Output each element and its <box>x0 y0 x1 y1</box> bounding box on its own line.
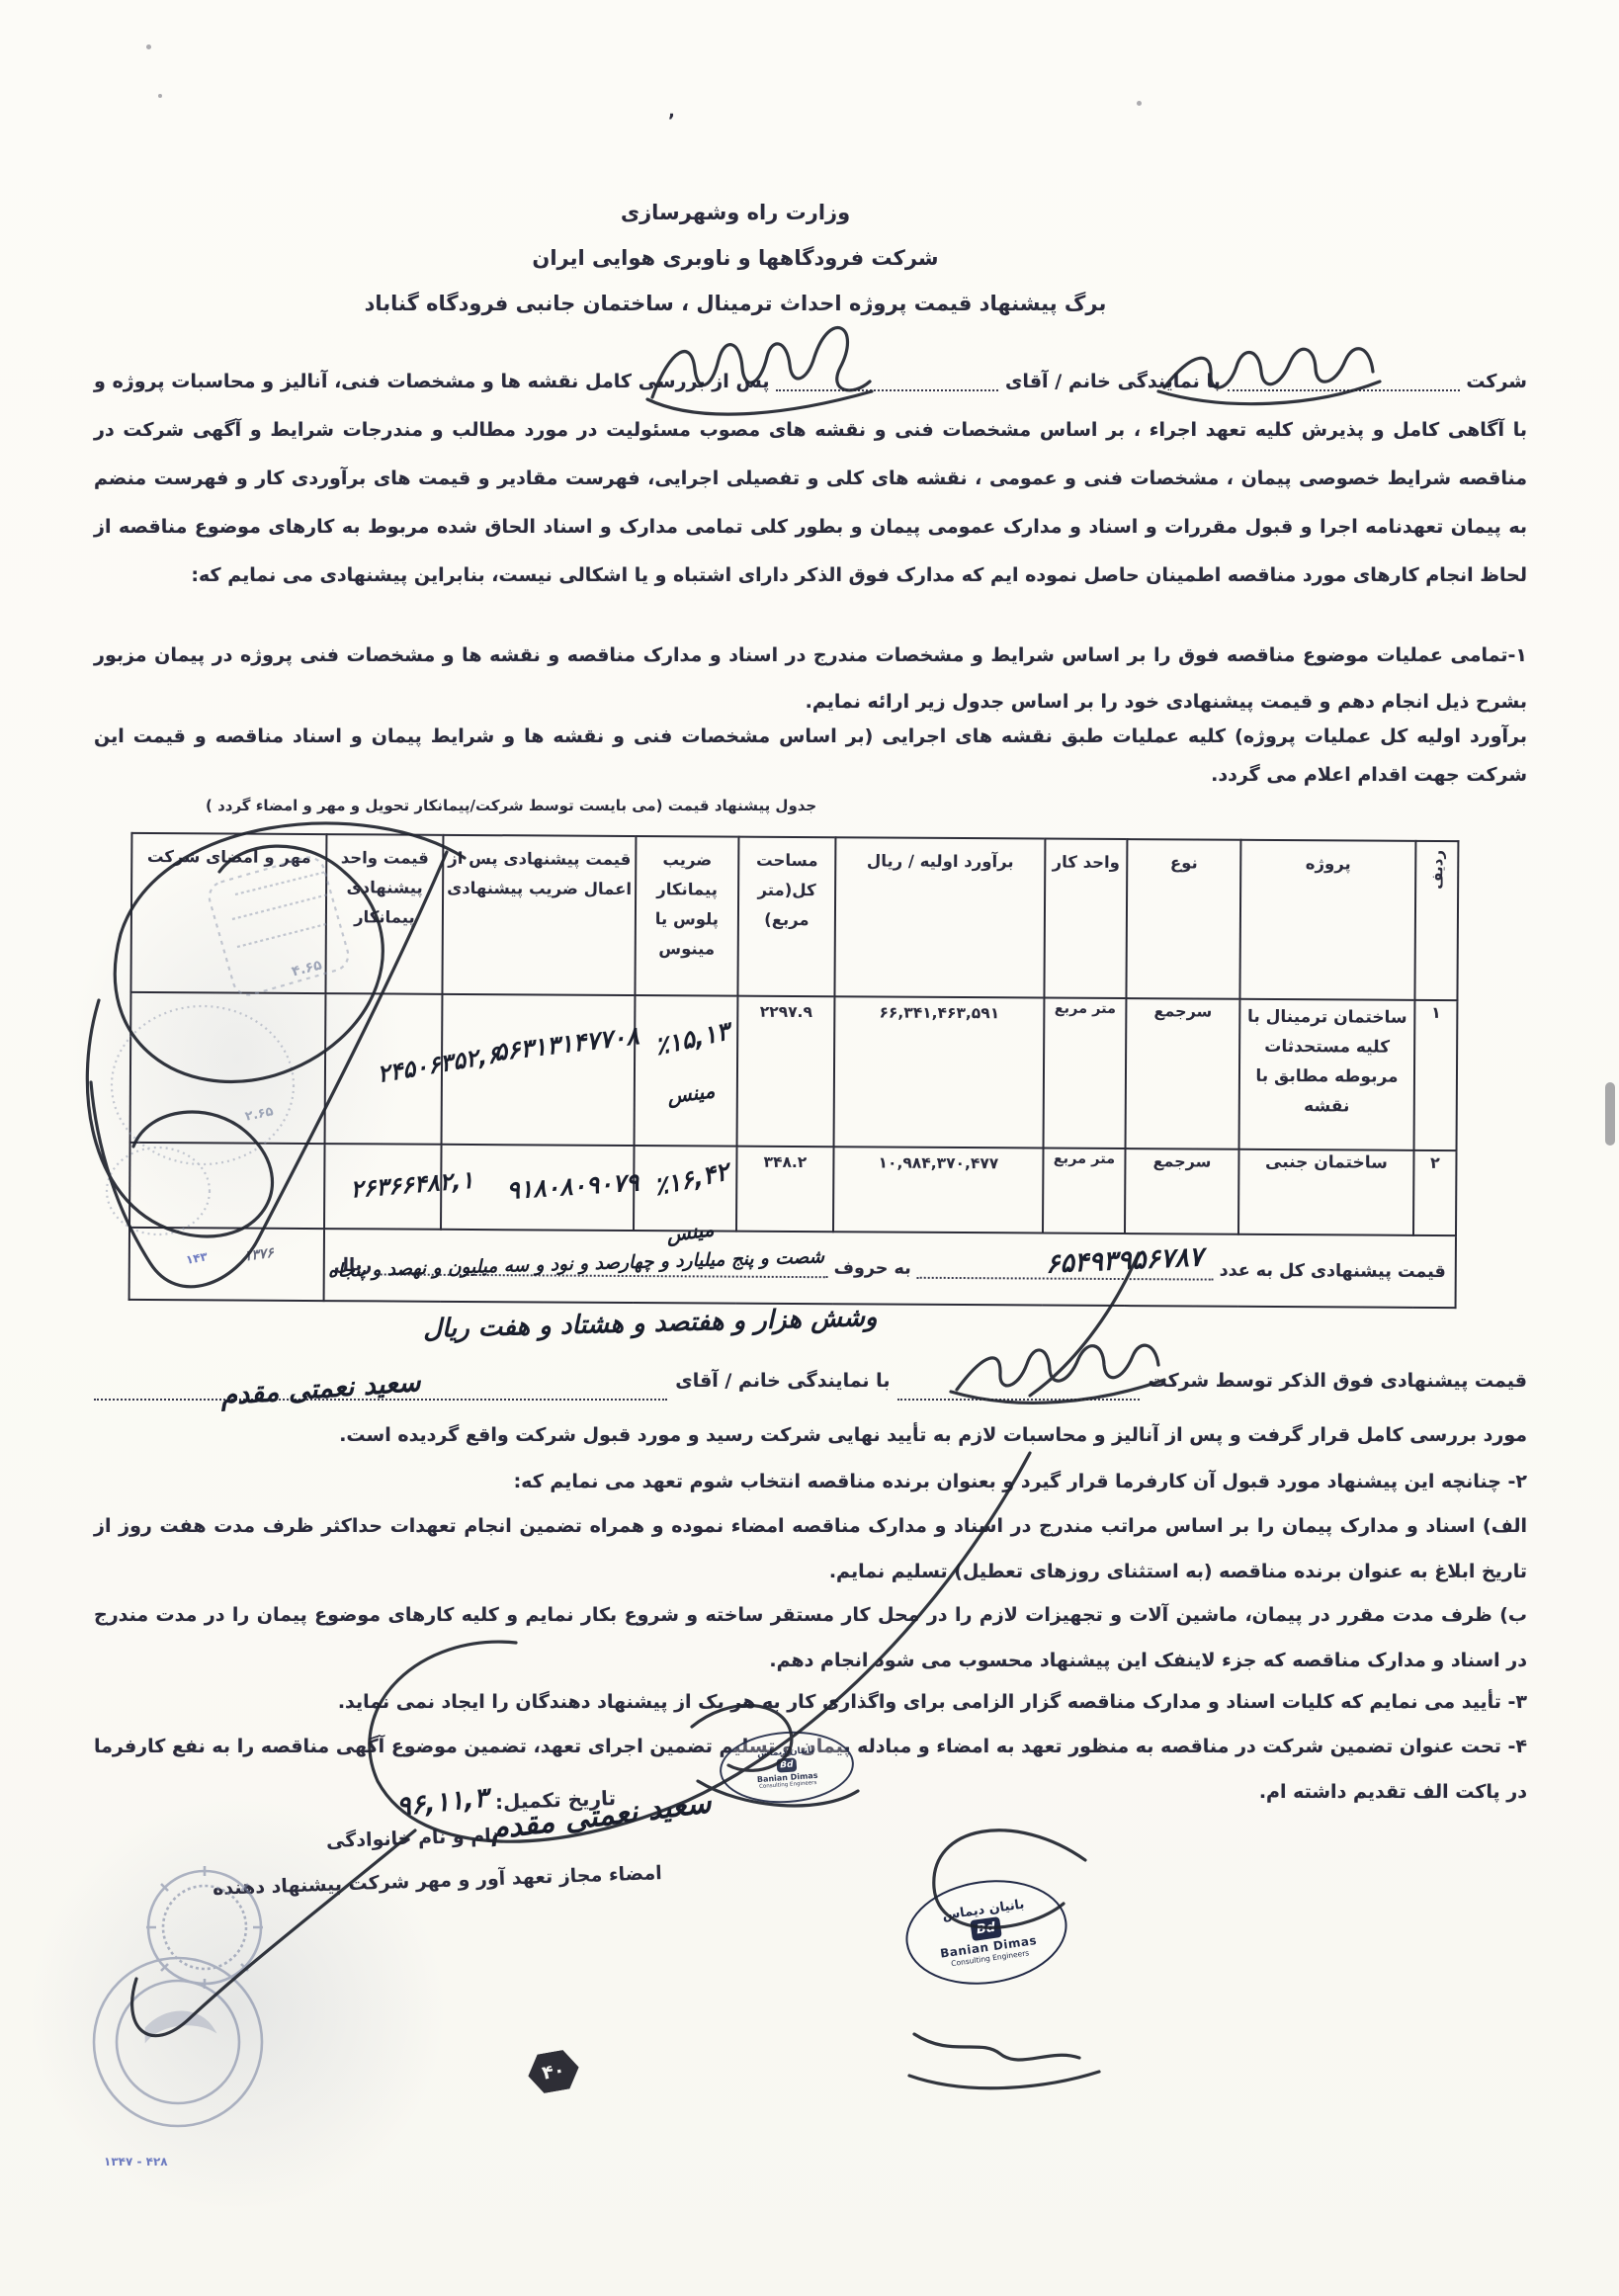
scan-comma-artifact: ٬ <box>668 111 675 131</box>
type-cell: سرجمع <box>1125 1148 1239 1233</box>
seal-signature-cell <box>129 1143 325 1229</box>
estimate-cell: ۶۶,۳۴۱,۴۶۳,۵۹۱ <box>834 996 1045 1148</box>
confirmation-company-blank <box>897 1377 1140 1401</box>
table-header-row: ردیف پروژه نوع واحد کار برآورد اولیه / ر… <box>130 833 1458 1000</box>
scan-speck <box>146 44 151 49</box>
commitment-item-b: ب) ظرف مدت مقرر در پیمان، ماشین آلات و ت… <box>94 1592 1527 1683</box>
confirmation-company-label: قیمت پیشنهادی فوق الذکر توسط شرکت <box>1148 1361 1527 1401</box>
confirmation-rep-label: با نمایندگی خانم / آقای <box>675 1361 890 1401</box>
project-cell: ساختمان ترمینال با کلیه مستحدثات مربوطه … <box>1239 998 1415 1150</box>
handwritten-minus-word: مینس <box>665 1078 716 1108</box>
handwritten-year-note: ۱۳۷۶ <box>243 1244 275 1264</box>
handwritten-coefficient: ٪۱۵,۱۳ <box>652 1016 732 1061</box>
handwritten-completion-date: ۹۶,۱۱,۳ <box>395 1782 490 1823</box>
commitment-item-a: الف) اسناد و مدارک پیمان را بر اساس مرات… <box>94 1503 1527 1594</box>
intro-paragraph: شرکت با نمایندگی خانم / آقای پس از بررسی… <box>94 358 1527 600</box>
scan-speck <box>158 94 162 98</box>
coefficient-cell: ٪۱۶,۴۲ مینس <box>634 1146 737 1231</box>
scan-edge-artifact <box>1605 1082 1615 1146</box>
handwritten-price-after-coefficient: ۵۶۳۱۳۱۴۷۷۰۸ <box>492 1021 640 1066</box>
full-name-line: نام و نام خانوادگی <box>326 1825 499 1852</box>
table-row: ۲ ساختمان جنبی سرجمع متر مربع ۱۰,۹۸۴,۳۷۰… <box>129 1143 1456 1235</box>
banian-dimas-stamp-large: بانیان دیماس Bd Banian Dimas Consulting … <box>899 1870 1074 1995</box>
scan-wash <box>30 1799 445 2214</box>
row-number-cell: ۲ <box>1413 1150 1457 1235</box>
price-proposal-table: ردیف پروژه نوع واحد کار برآورد اولیه / ر… <box>128 832 1460 1309</box>
work-unit-cell: متر مربع <box>1043 1148 1126 1233</box>
company-title: شرکت فرودگاهها و ناوبری هوایی ایران <box>0 235 1471 281</box>
col-header-estimate: برآورد اولیه / ریال <box>834 837 1045 997</box>
seal-signature-cell <box>130 992 326 1145</box>
company-name-blank <box>1228 370 1460 391</box>
col-header-price-after-coefficient: قیمت پیشنهادی پس از اعمال ضریب پیشنهادی <box>442 835 636 995</box>
col-header-type: نوع <box>1126 839 1240 998</box>
handwritten-representative-name: سعید نعمتی مقدم <box>219 1367 421 1411</box>
review-statement: مورد بررسی کامل قرار گرفت و پس از آنالیز… <box>94 1413 1527 1457</box>
col-header-unit-price: قیمت واحد پیشنهادی پیمانکار <box>325 834 443 993</box>
col-header-area: مساحت کل(متر مربع) <box>737 837 835 996</box>
scan-speck <box>1137 101 1142 106</box>
col-header-row-number: ردیف <box>1414 841 1458 1000</box>
col-header-work-unit: واحد کار <box>1044 839 1127 998</box>
table-caption: جدول پیشنهاد قیمت (می بایست توسط شرکت/پی… <box>206 797 816 814</box>
banian-dimas-logo-icon: Bd <box>776 1757 797 1772</box>
col-header-project: پروژه <box>1239 840 1415 1000</box>
commitment-item-3: ۳- تأیید می نمایم که کلیات اسناد و مدارک… <box>94 1680 1527 1724</box>
project-cell: ساختمان جنبی <box>1238 1149 1414 1234</box>
handwritten-coefficient: ٪۱۶,۴۲ <box>651 1157 731 1202</box>
table-total-row: قیمت پیشنهادی کل به عدد ۶۵۴۹۳۹۵۶۷۸۷ به ح… <box>129 1228 1456 1309</box>
ministry-title: وزارت راه وشهرسازی <box>0 190 1471 235</box>
seal-signature-cell: ۱۳۷۶ <box>129 1228 324 1302</box>
total-price-cell: قیمت پیشنهادی کل به عدد ۶۵۴۹۳۹۵۶۷۸۷ به ح… <box>324 1229 1456 1308</box>
area-cell: ۲۲۹۷.۹ <box>737 995 835 1147</box>
work-unit-cell: متر مربع <box>1044 997 1127 1148</box>
commitment-item-2: ۲- چنانچه این پیشنهاد مورد قبول آن کارفر… <box>94 1460 1527 1503</box>
handwritten-price-after-coefficient: ۹۱۸۰۸۰۹۰۷۹ <box>505 1168 639 1205</box>
stamp-persian-name: بانیان دیماس <box>757 1745 814 1759</box>
col-header-coefficient: ضریب پیمانکار پلوس یا مینوس <box>635 836 738 995</box>
round-office-stamp <box>94 1866 263 2126</box>
representative-name-blank <box>776 370 998 391</box>
document-header: وزارت راه وشهرسازی شرکت فرودگاهها و ناوب… <box>0 190 1471 326</box>
representative-label: با نمایندگی خانم / آقای <box>1005 371 1221 392</box>
table-row: ۱ ساختمان ترمینال با کلیه مستحدثات مربوط… <box>130 992 1458 1151</box>
unit-price-cell: ۲۶۳۶۶۴۸۲,۱ <box>324 1144 442 1229</box>
scanned-document-page: ٬ وزارت راه وشهرسازی شرکت فرودگاهها و نا… <box>0 0 1619 2296</box>
price-table-wrap: ردیف پروژه نوع واحد کار برآورد اولیه / ر… <box>130 832 1460 1309</box>
handwritten-total-digits: ۶۵۴۹۳۹۵۶۷۸۷ <box>1046 1242 1205 1280</box>
total-words-label: به حروف <box>834 1259 911 1279</box>
company-label: شرکت <box>1466 371 1527 392</box>
coefficient-cell: ٪۱۵,۱۳ مینس <box>635 995 738 1147</box>
confirmation-rep-blank: سعید نعمتی مقدم <box>94 1377 667 1401</box>
confirmation-line: قیمت پیشنهادی فوق الذکر توسط شرکت با نما… <box>94 1361 1527 1401</box>
page-number-stamp: ۴۰ <box>525 2048 582 2095</box>
row-number-cell: ۱ <box>1414 1000 1458 1151</box>
total-words-blank: شصت و پنج میلیارد و چهارصد و نود و سه می… <box>378 1254 828 1279</box>
intro-body-text: پس از بررسی کامل نقشه ها و مشخصات فنی، آ… <box>94 371 1527 586</box>
type-cell: سرجمع <box>1126 998 1240 1149</box>
estimate-cell: ۱۰,۹۸۴,۳۷۰,۴۷۷ <box>833 1148 1044 1233</box>
total-digits-blank: ۶۵۴۹۳۹۵۶۷۸۷ <box>917 1257 1214 1281</box>
estimate-note: برآورد اولیه کل عملیات پروژه) کلیه عملیا… <box>94 718 1527 795</box>
form-title: برگ پیشنهاد قیمت پروژه احداث ترمینال ، س… <box>0 281 1471 326</box>
unit-price-cell: ۲۴۵۰۶۳۵۲,۶ <box>325 993 443 1145</box>
total-number-label: قیمت پیشنهادی کل به عدد <box>1220 1261 1446 1282</box>
commitment-item-1: ۱-تمامی عملیات موضوع مناقصه فوق را بر اس… <box>94 633 1527 725</box>
handwritten-total-words-continued: وشش هزار و هفتصد و هشتاد و هفت ریال <box>423 1303 878 1344</box>
stamp-bottom-numbers: ۴۲۸ - ۱۳۴۷ <box>104 2155 168 2168</box>
area-cell: ۳۴۸.۲ <box>736 1147 834 1232</box>
authorized-signature-line: امضاء مجاز تعهد آور و مهر شرکت پیشنهاد د… <box>213 1862 662 1900</box>
banian-dimas-logo-icon: Bd <box>970 1916 1002 1941</box>
page-number: ۴۰ <box>541 2059 567 2084</box>
handwritten-total-words: شصت و پنج میلیارد و چهارصد و نود و سه می… <box>327 1247 824 1282</box>
